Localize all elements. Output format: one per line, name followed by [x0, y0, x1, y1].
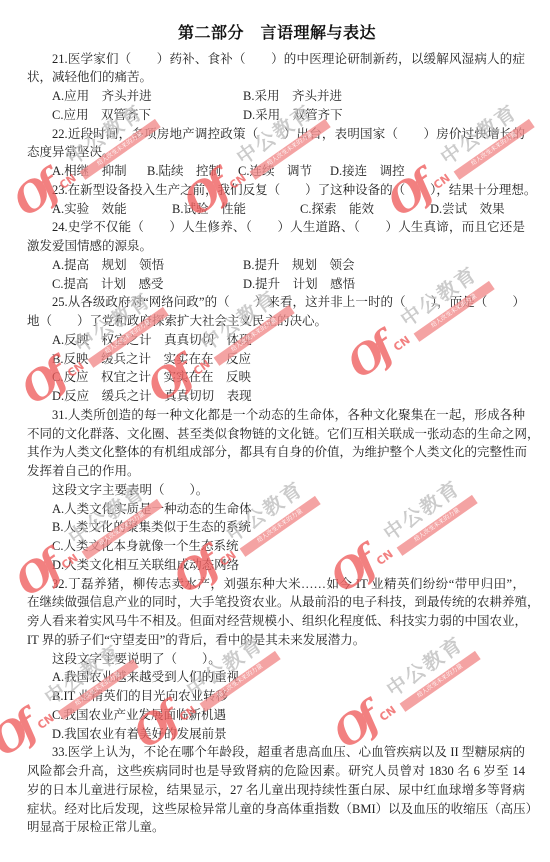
- question-31: 31.人类所创造的每一种文化都是一个动态的生命体，各种文化聚集在一起，形成各种 …: [27, 406, 525, 575]
- question-stem-line: 状，减轻他们的痛苦。: [27, 68, 525, 87]
- question-stem-line: 地（ ）了党和政府探索扩大社会主义民主的决心。: [27, 312, 525, 331]
- option-c: C.人类文化本身就像一个生态系统: [27, 537, 525, 556]
- option-b: B.人类文化的聚集类似于生态的系统: [27, 518, 525, 537]
- question-stem-line: 31.人类所创造的每一种文化都是一个动态的生命体，各种文化聚集在一起，形成各种: [27, 406, 525, 425]
- option-row: C.提高 计划 感受 D.提升 计划 感悟: [27, 275, 525, 294]
- question-stem-line: 在继续做强信息产业的同时，大手笔投资农业。从最前沿的电子科技，到最传统的农耕养殖…: [27, 593, 525, 612]
- question-stem-line: 不同的文化群落、文化圈、甚至类似食物链的文化链。它们互相关联成一张动态的生命之网…: [27, 425, 525, 444]
- option-row: C.应用 双管齐下 D.采用 双管齐下: [27, 106, 525, 125]
- question-stem-line: 岁的日本儿童进行尿检，结果显示，27 名儿童出现持续性蛋白尿、尿中红血球增多等肾…: [27, 781, 525, 800]
- question-stem-line: 激发爱国情感的源泉。: [27, 237, 525, 256]
- section-title: 第二部分 言语理解与表达: [0, 20, 550, 43]
- option-row: A.提高 规划 领悟 B.提升 规划 领会: [27, 256, 525, 275]
- option-row: A.相继 抑制 B.陆续 控制 C.连续 调节 D.接连 调控: [27, 162, 525, 181]
- option-d: D.尝试 效果: [430, 200, 505, 219]
- option-c: C.反应 权宜之计 实实在在 反映: [27, 368, 525, 387]
- option-d: D.反应 缓兵之计 真真切切 表现: [27, 387, 525, 406]
- question-23: 23.在新型设备投入生产之前，我们反复（ ）了这种设备的（ ），结果十分理想。 …: [27, 181, 525, 219]
- question-stem-line: 22.近段时间，多项房地产调控政策（ ）出台，表明国家（ ）房价过快增长的: [27, 125, 525, 144]
- option-a: A.实验 效能: [52, 200, 127, 219]
- option-b: B.IT 业精英们的目光向农业转移: [27, 687, 525, 706]
- question-22: 22.近段时间，多项房地产调控政策（ ）出台，表明国家（ ）房价过快增长的 态度…: [27, 125, 525, 181]
- question-prompt: 这段文字主要说明了（ ）。: [27, 650, 525, 669]
- question-stem-line: 症状。经对比后发现，这些尿检异常儿童的身高体重指数（BMI）以及血压的收缩压（高…: [27, 800, 525, 819]
- option-row: A.实验 效能 B.试验 性能 C.探索 能效 D.尝试 效果: [27, 200, 525, 219]
- option-b: B.陆续 控制: [147, 162, 221, 181]
- question-stem-line: 发挥着自己的作用。: [27, 462, 525, 481]
- question-stem-line: 其作为人类文化整体的有机组成部分，都具有自身的价值，为维护整个人类文化的完整性而: [27, 443, 525, 462]
- option-d: D.接连 调控: [330, 162, 405, 181]
- question-stem-line: 33.医学上认为，不论在哪个年龄段，超重者患高血压、心血管疾病以及 II 型糖尿…: [27, 743, 525, 762]
- exam-page: 第二部分 言语理解与表达 21.医学家们（ ）药补、食补（ ）的中医理论研制新药…: [0, 0, 550, 862]
- question-24: 24.史学不仅能（ ）人生修养、（ ）人生道路、（ ）人生真谛，而且它还是 激发…: [27, 218, 525, 293]
- question-stem-line: 24.史学不仅能（ ）人生修养、（ ）人生道路、（ ）人生真谛，而且它还是: [27, 218, 525, 237]
- question-stem-line: 态度异常坚决。: [27, 143, 525, 162]
- option-a: A.相继 抑制: [52, 162, 127, 181]
- option-d: D.人类文化相互关联组成动态网络: [27, 556, 525, 575]
- question-25: 25.从各级政府对“网络问政”的（ ）来看，这并非上一时的（ ），而是（ ） 地…: [27, 293, 525, 406]
- option-c: C.连续 调节: [238, 162, 312, 181]
- question-stem-line: 风险都会升高，这些疾病同时也是导致肾病的危险因素。研究人员曾对 1830 名 6…: [27, 762, 525, 781]
- question-stem-line: 明显高于尿检正常儿童。: [27, 818, 525, 837]
- option-d: D.提升 计划 感悟: [243, 275, 355, 294]
- question-stem-line: IT 界的骄子们“守望麦田”的背后，看中的是其未来发展潜力。: [27, 631, 525, 650]
- option-d: D.我国农业有着美好的发展前景: [27, 725, 525, 744]
- option-c: C.我国农业产业发展面临新机遇: [27, 706, 525, 725]
- option-b: B.提升 规划 领会: [243, 256, 354, 275]
- option-a: A.我国农业越来越受到人们的重视: [27, 668, 525, 687]
- question-stem-line: 23.在新型设备投入生产之前，我们反复（ ）了这种设备的（ ），结果十分理想。: [27, 181, 525, 200]
- option-a: A.人类文化实质是一种动态的生命体: [27, 500, 525, 519]
- option-a: A.提高 规划 领悟: [52, 256, 164, 275]
- option-c: C.探索 能效: [300, 200, 374, 219]
- question-stem-line: 21.医学家们（ ）药补、食补（ ）的中医理论研制新药，以缓解风湿病人的症: [27, 50, 525, 69]
- question-stem-line: 旁人看来着实风马牛不相及。但面对经营规模小、组织化程度低、科技实力弱的中国农业，: [27, 612, 525, 631]
- question-stem-line: 32.丁磊养猪，柳传志卖水产，刘强东种大米……如今 IT 业精英们纷纷“带甲归田…: [27, 575, 525, 594]
- option-c: C.提高 计划 感受: [52, 275, 163, 294]
- exam-body: 21.医学家们（ ）药补、食补（ ）的中医理论研制新药，以缓解风湿病人的症 状，…: [27, 50, 525, 838]
- question-21: 21.医学家们（ ）药补、食补（ ）的中医理论研制新药，以缓解风湿病人的症 状，…: [27, 50, 525, 125]
- question-33: 33.医学上认为，不论在哪个年龄段，超重者患高血压、心血管疾病以及 II 型糖尿…: [27, 743, 525, 837]
- option-d: D.采用 双管齐下: [243, 106, 343, 125]
- option-b: B.采用 齐头并进: [243, 87, 342, 106]
- question-stem-line: 25.从各级政府对“网络问政”的（ ）来看，这并非上一时的（ ），而是（ ）: [27, 293, 525, 312]
- option-b: B.试验 性能: [172, 200, 246, 219]
- option-b: B.反映 缓兵之计 实实在在 反应: [27, 350, 525, 369]
- option-a: A.反映 权宜之计 真真切切 体现: [27, 331, 525, 350]
- option-row: A.应用 齐头并进 B.采用 齐头并进: [27, 87, 525, 106]
- option-a: A.应用 齐头并进: [52, 87, 152, 106]
- option-c: C.应用 双管齐下: [52, 106, 151, 125]
- question-32: 32.丁磊养猪，柳传志卖水产，刘强东种大米……如今 IT 业精英们纷纷“带甲归田…: [27, 575, 525, 744]
- question-prompt: 这段文字主要表明（ ）。: [27, 481, 525, 500]
